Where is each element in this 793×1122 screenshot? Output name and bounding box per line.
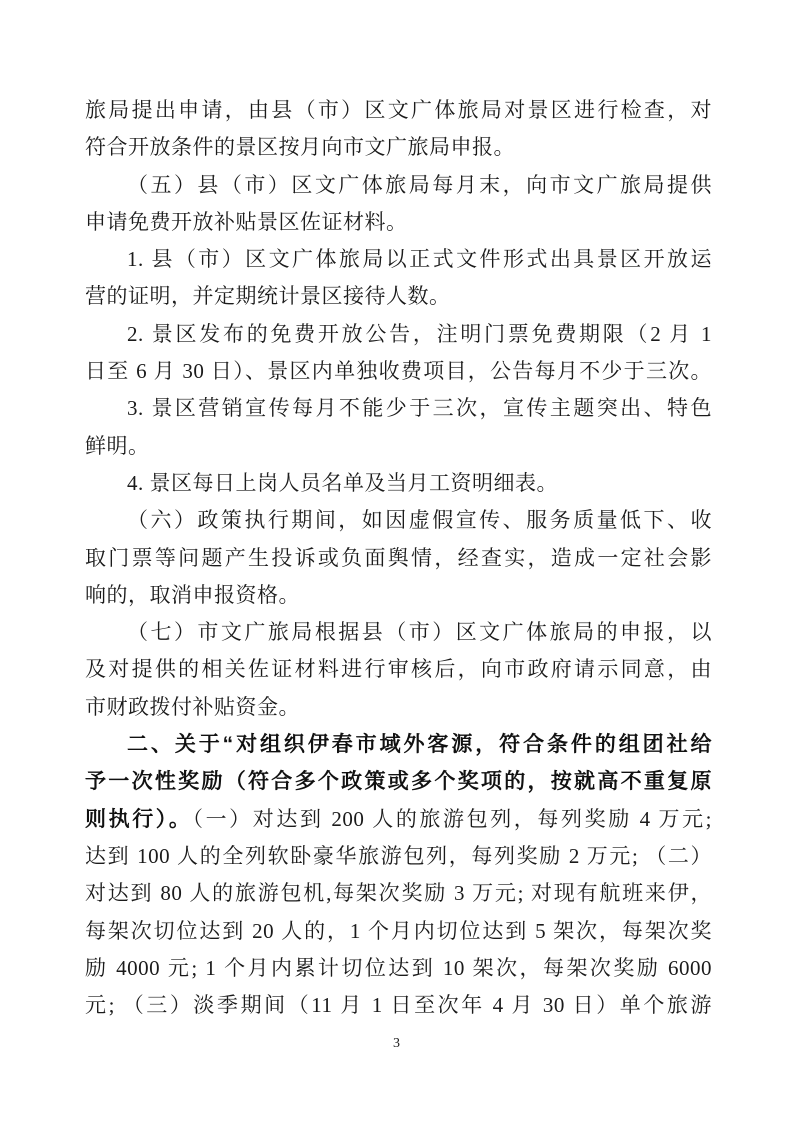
page-number: 3 <box>0 1036 793 1052</box>
text-segment: 4. 景区每日上岗人员名单及当月工资明细表。 <box>127 471 558 495</box>
text-line: 励 4000 元; 1 个月内累计切位达到 10 架次，每架次奖励 6000 <box>85 950 712 987</box>
text-segment: 元; （三）淡季期间（11 月 1 日至次年 4 月 30 日）单个旅游 <box>85 993 712 1017</box>
text-segment: （五）县（市）区文广体旅局每月末，向市文广旅局提供 <box>127 173 712 197</box>
text-segment: 达到 100 人的全列软卧豪华旅游包列，每列奖励 2 万元; （二） <box>85 844 712 868</box>
text-line: 申请免费开放补贴景区佐证材料。 <box>85 204 712 241</box>
text-segment: 日至 6 月 30 日）、景区内单独收费项目，公告每月不少于三次。 <box>85 359 712 383</box>
text-segment: 及对提供的相关佐证材料进行审核后，向市政府请示同意，由 <box>85 657 712 681</box>
text-line: 则执行）。（一）对达到 200 人的旅游包列，每列奖励 4 万元; <box>85 801 712 838</box>
text-segment: 取门票等问题产生投诉或负面舆情，经查实，造成一定社会影 <box>85 546 712 570</box>
text-line: 1. 县（市）区文广体旅局以正式文件形式出具景区开放运 <box>85 241 712 278</box>
text-line: 4. 景区每日上岗人员名单及当月工资明细表。 <box>85 465 712 502</box>
text-segment: 市财政拨付补贴资金。 <box>85 695 300 719</box>
text-segment: 响的，取消申报资格。 <box>85 583 300 607</box>
text-segment: 对达到 80 人的旅游包机,每架次奖励 3 万元; 对现有航班来伊， <box>85 881 712 905</box>
text-segment: （七）市文广旅局根据县（市）区文广体旅局的申报，以 <box>127 620 712 644</box>
text-segment: 营的证明，并定期统计景区接待人数。 <box>85 284 451 308</box>
text-segment: 鲜明。 <box>85 434 150 458</box>
text-line: 旅局提出申请，由县（市）区文广体旅局对景区进行检查，对 <box>85 92 712 129</box>
document-page: 旅局提出申请，由县（市）区文广体旅局对景区进行检查，对符合开放条件的景区按月向市… <box>0 0 793 1122</box>
text-line: 元; （三）淡季期间（11 月 1 日至次年 4 月 30 日）单个旅游 <box>85 987 712 1024</box>
text-segment: 每架次切位达到 20 人的，1 个月内切位达到 5 架次，每架次奖 <box>85 919 712 943</box>
text-segment: 符合开放条件的景区按月向市文广旅局申报。 <box>85 135 515 159</box>
bold-text-segment: 予一次性奖励（符合多个政策或多个奖项的，按就高不重复原 <box>85 770 712 793</box>
text-line: 予一次性奖励（符合多个政策或多个奖项的，按就高不重复原 <box>85 763 712 800</box>
text-segment: 励 4000 元; 1 个月内累计切位达到 10 架次，每架次奖励 6000 <box>85 956 712 980</box>
text-segment: 申请免费开放补贴景区佐证材料。 <box>85 210 408 234</box>
text-line: 每架次切位达到 20 人的，1 个月内切位达到 5 架次，每架次奖 <box>85 913 712 950</box>
text-line: （六）政策执行期间，如因虚假宣传、服务质量低下、收 <box>85 502 712 539</box>
text-line: 日至 6 月 30 日）、景区内单独收费项目，公告每月不少于三次。 <box>85 353 712 390</box>
bold-text-segment: 则执行）。 <box>85 808 192 831</box>
text-line: 鲜明。 <box>85 428 712 465</box>
text-segment: 2. 景区发布的免费开放公告，注明门票免费期限（2 月 1 <box>127 322 712 346</box>
text-line: 达到 100 人的全列软卧豪华旅游包列，每列奖励 2 万元; （二） <box>85 838 712 875</box>
document-body: 旅局提出申请，由县（市）区文广体旅局对景区进行检查，对符合开放条件的景区按月向市… <box>85 92 712 1024</box>
text-segment: 1. 县（市）区文广体旅局以正式文件形式出具景区开放运 <box>127 247 712 271</box>
bold-text-segment: 二、关于“对组织伊春市域外客源，符合条件的组团社给 <box>127 733 712 756</box>
text-line: 二、关于“对组织伊春市域外客源，符合条件的组团社给 <box>85 726 712 763</box>
text-segment: 3. 景区营销宣传每月不能少于三次，宣传主题突出、特色 <box>127 396 712 420</box>
text-line: （七）市文广旅局根据县（市）区文广体旅局的申报，以 <box>85 614 712 651</box>
text-line: 对达到 80 人的旅游包机,每架次奖励 3 万元; 对现有航班来伊， <box>85 875 712 912</box>
text-line: 符合开放条件的景区按月向市文广旅局申报。 <box>85 129 712 166</box>
text-segment: （六）政策执行期间，如因虚假宣传、服务质量低下、收 <box>127 508 712 532</box>
text-segment: （一）对达到 200 人的旅游包列，每列奖励 4 万元; <box>192 807 712 831</box>
text-line: 市财政拨付补贴资金。 <box>85 689 712 726</box>
text-line: （五）县（市）区文广体旅局每月末，向市文广旅局提供 <box>85 167 712 204</box>
text-line: 响的，取消申报资格。 <box>85 577 712 614</box>
text-line: 及对提供的相关佐证材料进行审核后，向市政府请示同意，由 <box>85 651 712 688</box>
text-line: 营的证明，并定期统计景区接待人数。 <box>85 278 712 315</box>
text-segment: 旅局提出申请，由县（市）区文广体旅局对景区进行检查，对 <box>85 98 712 122</box>
text-line: 取门票等问题产生投诉或负面舆情，经查实，造成一定社会影 <box>85 540 712 577</box>
text-line: 3. 景区营销宣传每月不能少于三次，宣传主题突出、特色 <box>85 390 712 427</box>
text-line: 2. 景区发布的免费开放公告，注明门票免费期限（2 月 1 <box>85 316 712 353</box>
